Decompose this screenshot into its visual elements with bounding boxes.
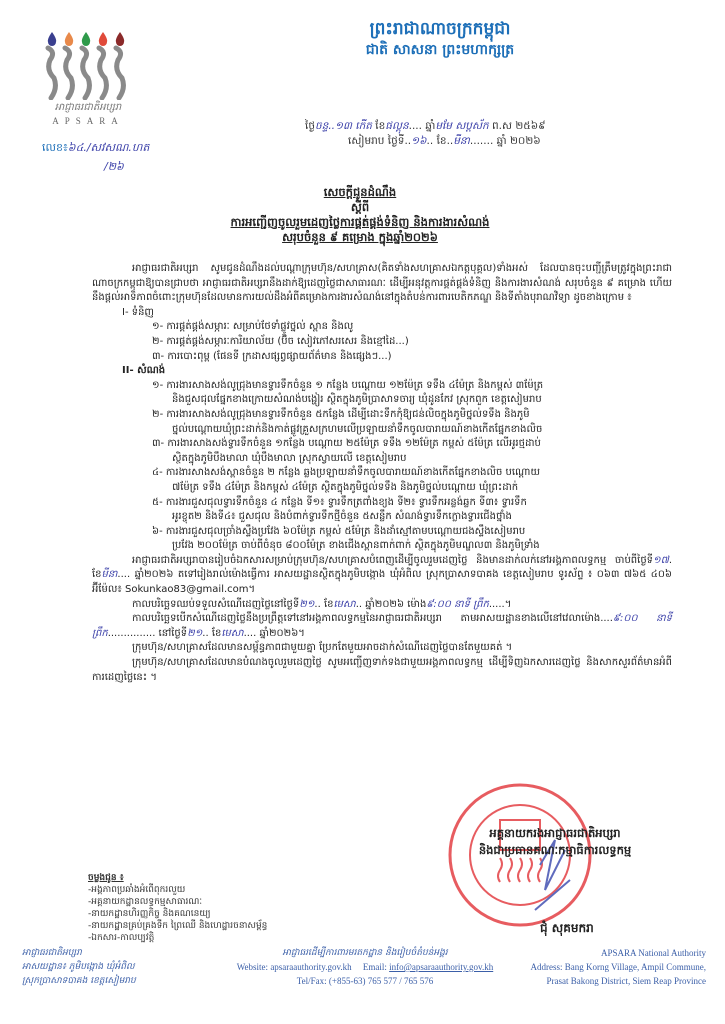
construction-item-cont: ប្រវែង ២០០ម៉ែត្រ ចាប់ពីចំនុច ៨០០ម៉ែត្រ ខ…: [92, 539, 672, 554]
intro-paragraph: អាជ្ញាធរជាតិអប្សរា សូមជូនដំណឹងដល់បណ្តាក្…: [92, 262, 672, 306]
goods-item: ២- ការផ្គត់ផ្គង់សម្ភារៈការិយាល័យ (ប៊ិច ស…: [92, 335, 672, 350]
construction-item-cont: ៧ម៉ែត្រ ទទឹង ៤ម៉ែត្រ និងកម្ពស់ ៤ម៉ែត្រ ស…: [92, 481, 672, 496]
national-motto: ជាតិ សាសនា ព្រះមហាក្សត្រ: [240, 40, 640, 61]
notice-title: សេចក្តីជូនដំណឹង ស្តីពី ការអញ្ជើញចូលរួមដេ…: [120, 185, 600, 245]
signatory-name: ជុំ សុគមករា: [540, 920, 594, 938]
about-label: ស្តីពី: [120, 200, 600, 215]
construction-item-cont: ថ្នល់បណ្តោយឃុំព្រះដាក់និងកាត់ផ្លូវគ្រួសក…: [92, 423, 672, 438]
cc-item: -នាយកដ្ឋានហិរញ្ញកិច្ច និងគណនេយ្យ: [88, 908, 267, 920]
construction-item: ៤- ការងារសាងសង់ស្ពានចំនួន ២ កន្លែង ឆ្លងប…: [92, 466, 672, 481]
deadline-paragraph: កាលបរិច្ឆេទឈប់ទទួលសំណើដេញថ្លៃនៅថ្ងៃទី២១.…: [92, 598, 672, 613]
signature-block: អគ្គនាយករងអាជ្ញាធរជាតិអប្សរា និងជាប្រធាន…: [395, 825, 715, 859]
section-goods-title: I- ទំនិញ: [92, 306, 672, 321]
cc-item: -អង្គភាពប្រឆាំងអំពើពុករលួយ: [88, 884, 267, 896]
website-link[interactable]: apsaraauthority.gov.kh: [270, 962, 351, 972]
construction-item: ២- ការងារសាងសង់លូជ្រុងមានទ្វារទឹកចំនួន ៥…: [92, 408, 672, 423]
subject-line-1: ការអញ្ជើញចូលរួមដេញថ្លៃការផ្គត់ផ្គង់ទំនិញ…: [120, 215, 600, 230]
cc-item: -នាយកដ្ឋានគ្រប់គ្រងទឹក ព្រៃឈើ និងហេដ្ឋារ…: [88, 920, 267, 932]
section-construction-title: II- សំណង់: [92, 364, 672, 379]
construction-item: ៥- ការងារជួសជុលទ្វារទឹកចំនួន ៤ កន្លែង ទី…: [92, 496, 672, 511]
lunar-date: ថ្ងៃចន្ទ..១៣ កើត ខែផល្គុន.... ឆ្នាំមមែ ស…: [305, 120, 546, 135]
footer-right: APSARA National Authority Address: Bang …: [480, 946, 706, 988]
apsara-logo: អាជ្ញាធរជាតិអប្សរា APSARA: [38, 30, 138, 125]
goods-item: ៣- ការបោះពុម្ព (ផែនទី ក្រដាសផ្សព្វផ្សាយព…: [92, 350, 672, 365]
reference-number: លេខ៖៦៤./សវសណ.ហត: [42, 141, 149, 157]
apsara-dancers-icon: [43, 30, 133, 100]
reference-label: លេខ៖: [42, 141, 68, 154]
construction-item-cont: អូរខ្ចុត២ និងទី៤៖ ជួសជុល និងបំពាក់ទ្វារទ…: [92, 510, 672, 525]
cc-item: -ឯកសារ-កាលប្បវត្តិ: [88, 932, 267, 944]
construction-item: ៦- ការងារជួសជុលច្រាំងស្ទឹងប្រវែង ៦០ម៉ែត្…: [92, 525, 672, 540]
goods-item: ១- ការផ្គត់ផ្គង់សម្ភារៈ សម្រាប់ថែទាំផ្លូ…: [92, 320, 672, 335]
documents-paragraph: អាជ្ញាធរជាតិអប្សរាបានរៀបចំឯកសារសម្រាប់ក្…: [92, 554, 672, 598]
notice-body: អាជ្ញាធរជាតិអប្សរា សូមជូនដំណឹងដល់បណ្តាក្…: [92, 262, 672, 685]
cc-item: -អគ្គនាយកដ្ឋានលទ្ធកម្មសាធារណៈ: [88, 896, 267, 908]
construction-item-cont: និងជួសជុលផ្នែកខាងក្រោយសំណង់បង្ហៀរ ស្ថិតក…: [92, 393, 672, 408]
contact-email[interactable]: Sokunkao83@gmail.com: [125, 584, 249, 595]
doc-type: សេចក្តីជូនដំណឹង: [120, 185, 600, 200]
goods-list: ១- ការផ្គត់ផ្គង់សម្ភារៈ សម្រាប់ថែទាំផ្លូ…: [92, 320, 672, 364]
subject-line-2: សរុបចំនួន ៩ គម្រោង ក្នុងឆ្នាំ២០២៦: [120, 230, 600, 245]
construction-item: ១- ការងារសាងសង់លូជ្រុងមានទ្វារទឹកចំនួន ១…: [92, 379, 672, 394]
reference-sub: /២៦: [104, 160, 124, 176]
reference-value: ៦៤./សវសណ.ហត: [68, 141, 150, 154]
cc-list: ចម្លងជូន ៖ -អង្គភាពប្រឆាំងអំពើពុករលួយ -អ…: [88, 872, 267, 944]
opening-paragraph: កាលបរិច្ឆេទបើកសំណើដេញថ្លៃនឹងប្រព្រឹត្តទៅ…: [92, 612, 672, 641]
logo-org-kh: អាជ្ញាធរជាតិអប្សរា: [38, 100, 138, 115]
cc-title: ចម្លងជូន ៖: [88, 872, 267, 884]
logo-org-en: APSARA: [38, 116, 138, 126]
email-link[interactable]: info@apsaraauthority.gov.kh: [389, 962, 493, 972]
footer-left: អាជ្ញាធរជាតិអប្សរា អាសយដ្ឋាន៖ ភូមិបង្កោង…: [22, 946, 136, 988]
contact-note: ក្រុមហ៊ុន/សហគ្រាសដែលមានបំណងចូលរួមដេញថ្លៃ…: [92, 656, 672, 685]
construction-list: ១- ការងារសាងសង់លូជ្រុងមានទ្វារទឹកចំនួន ១…: [92, 379, 672, 554]
construction-item-cont: ស្ថិតក្នុងភូមិបឹងមាលា ឃុំបឹងមាលា ស្រុកស្…: [92, 452, 672, 467]
construction-item: ៣- ការងារសាងសង់ទ្វារទឹកចំនួន ១កន្លែង បណ្…: [92, 437, 672, 452]
signatory-title-2: និងជាប្រធានគណៈកម្មាធិការលទ្ធកម្ម: [395, 842, 715, 859]
signatory-title-1: អគ្គនាយករងអាជ្ញាធរជាតិអប្សរា: [395, 825, 715, 842]
affiliation-note: ក្រុមហ៊ុន/សហគ្រាសដែលមានសម្ព័ន្ធភាពជាមួយគ…: [92, 641, 672, 656]
solar-date: សៀមរាប ថ្ងៃទី..១៦.. ខែ..មីនា....... ឆ្នា…: [348, 135, 541, 150]
